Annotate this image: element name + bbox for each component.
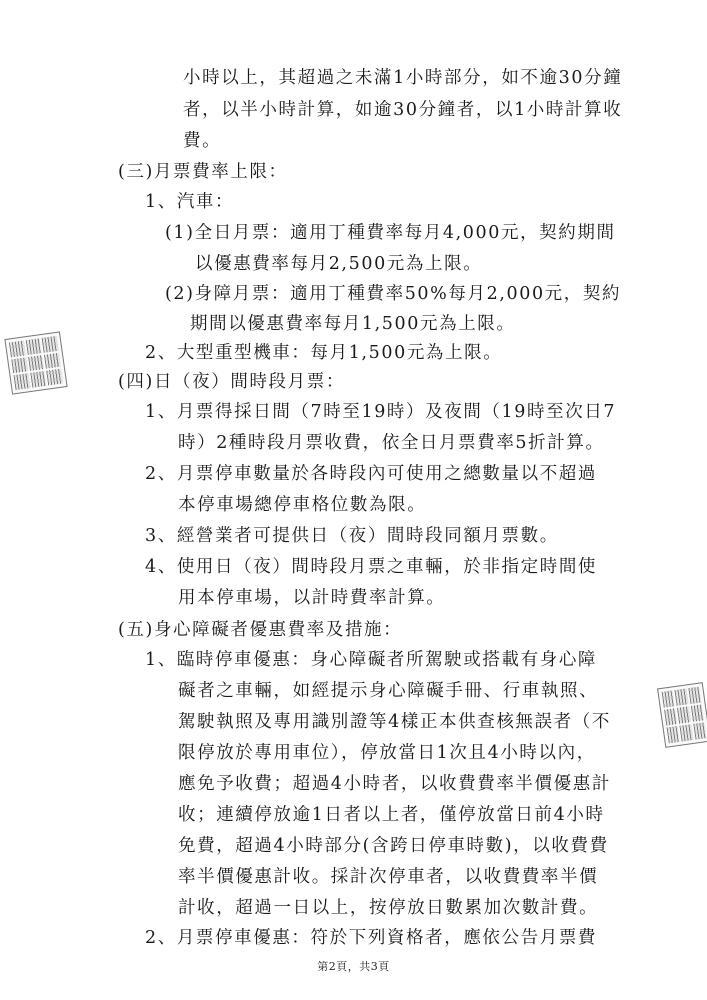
document-page: 小時以上，其超過之未滿1小時部分，如不逾30分鐘者，以半小時計算，如逾30分鐘者…: [0, 0, 707, 1000]
document-line: 以優惠費率每月2,500元為上限。: [195, 252, 482, 276]
document-line: 2、月票停車優惠：符於下列資格者，應依公告月票費: [145, 926, 597, 950]
document-line: 免費，超過4小時部分(含跨日停車時數)，以收費費: [178, 834, 609, 858]
document-line: (五)身心障礙者優惠費率及措施：: [118, 618, 402, 642]
document-line: 費。: [183, 129, 221, 153]
document-line: 用本停車場，以計時費率計算。: [178, 586, 445, 610]
document-line: 1、月票得採日間（7時至19時）及夜間（19時至次日7: [145, 400, 616, 424]
document-line: 3、經營業者可提供日（夜）間時段同額月票數。: [145, 524, 559, 548]
document-line: 期間以優惠費率每月1,500元為上限。: [190, 312, 516, 336]
document-line: 2、月票停車數量於各時段內可使用之總數量以不超過: [145, 462, 597, 486]
document-line: 時）2種時段月票收費，依全日月票費率5折計算。: [178, 431, 605, 455]
document-line: 4、使用日（夜）間時段月票之車輛，於非指定時間使: [145, 555, 597, 579]
document-line: 本停車場總停車格位數為限。: [178, 493, 426, 517]
document-line: 1、汽車：: [145, 190, 234, 214]
right-seal-stamp: [657, 682, 707, 748]
document-line: 應免予收費；超過4小時者，以收費費率半價優惠計: [178, 772, 611, 796]
document-line: 礙者之車輛，如經提示身心障礙手冊、行車執照、: [178, 679, 598, 703]
document-line: (三)月票費率上限：: [118, 160, 288, 184]
document-line: 者，以半小時計算，如逾30分鐘者，以1小時計算收: [183, 98, 622, 122]
left-seal-stamp: [4, 331, 67, 394]
document-line: (1)全日月票：適用丁種費率每月4,000元，契約期間: [165, 221, 616, 245]
page-number-footer: 第2頁，共3頁: [0, 958, 707, 974]
document-line: (四)日（夜）間時段月票：: [118, 370, 345, 394]
document-line: 駕駛執照及專用識別證等4樣正本供查核無誤者（不: [178, 710, 611, 734]
document-line: 小時以上，其超過之未滿1小時部分，如不逾30分鐘: [183, 66, 622, 90]
document-line: 2、大型重型機車：每月1,500元為上限。: [145, 341, 502, 365]
document-line: 1、臨時停車優惠：身心障礙者所駕駛或搭載有身心障: [145, 648, 597, 672]
document-line: 限停放於專用車位），停放當日1次且4小時以內，: [178, 741, 596, 765]
document-line: (2)身障月票：適用丁種費率50%每月2,000元，契約: [165, 282, 621, 306]
document-line: 收；連續停放逾1日者以上者，僅停放當日前4小時: [178, 803, 605, 827]
document-line: 率半價優惠計收。採計次停車者，以收費費率半價: [178, 865, 598, 889]
document-line: 計收，超過一日以上，按停放日數累加次數計費。: [178, 896, 598, 920]
